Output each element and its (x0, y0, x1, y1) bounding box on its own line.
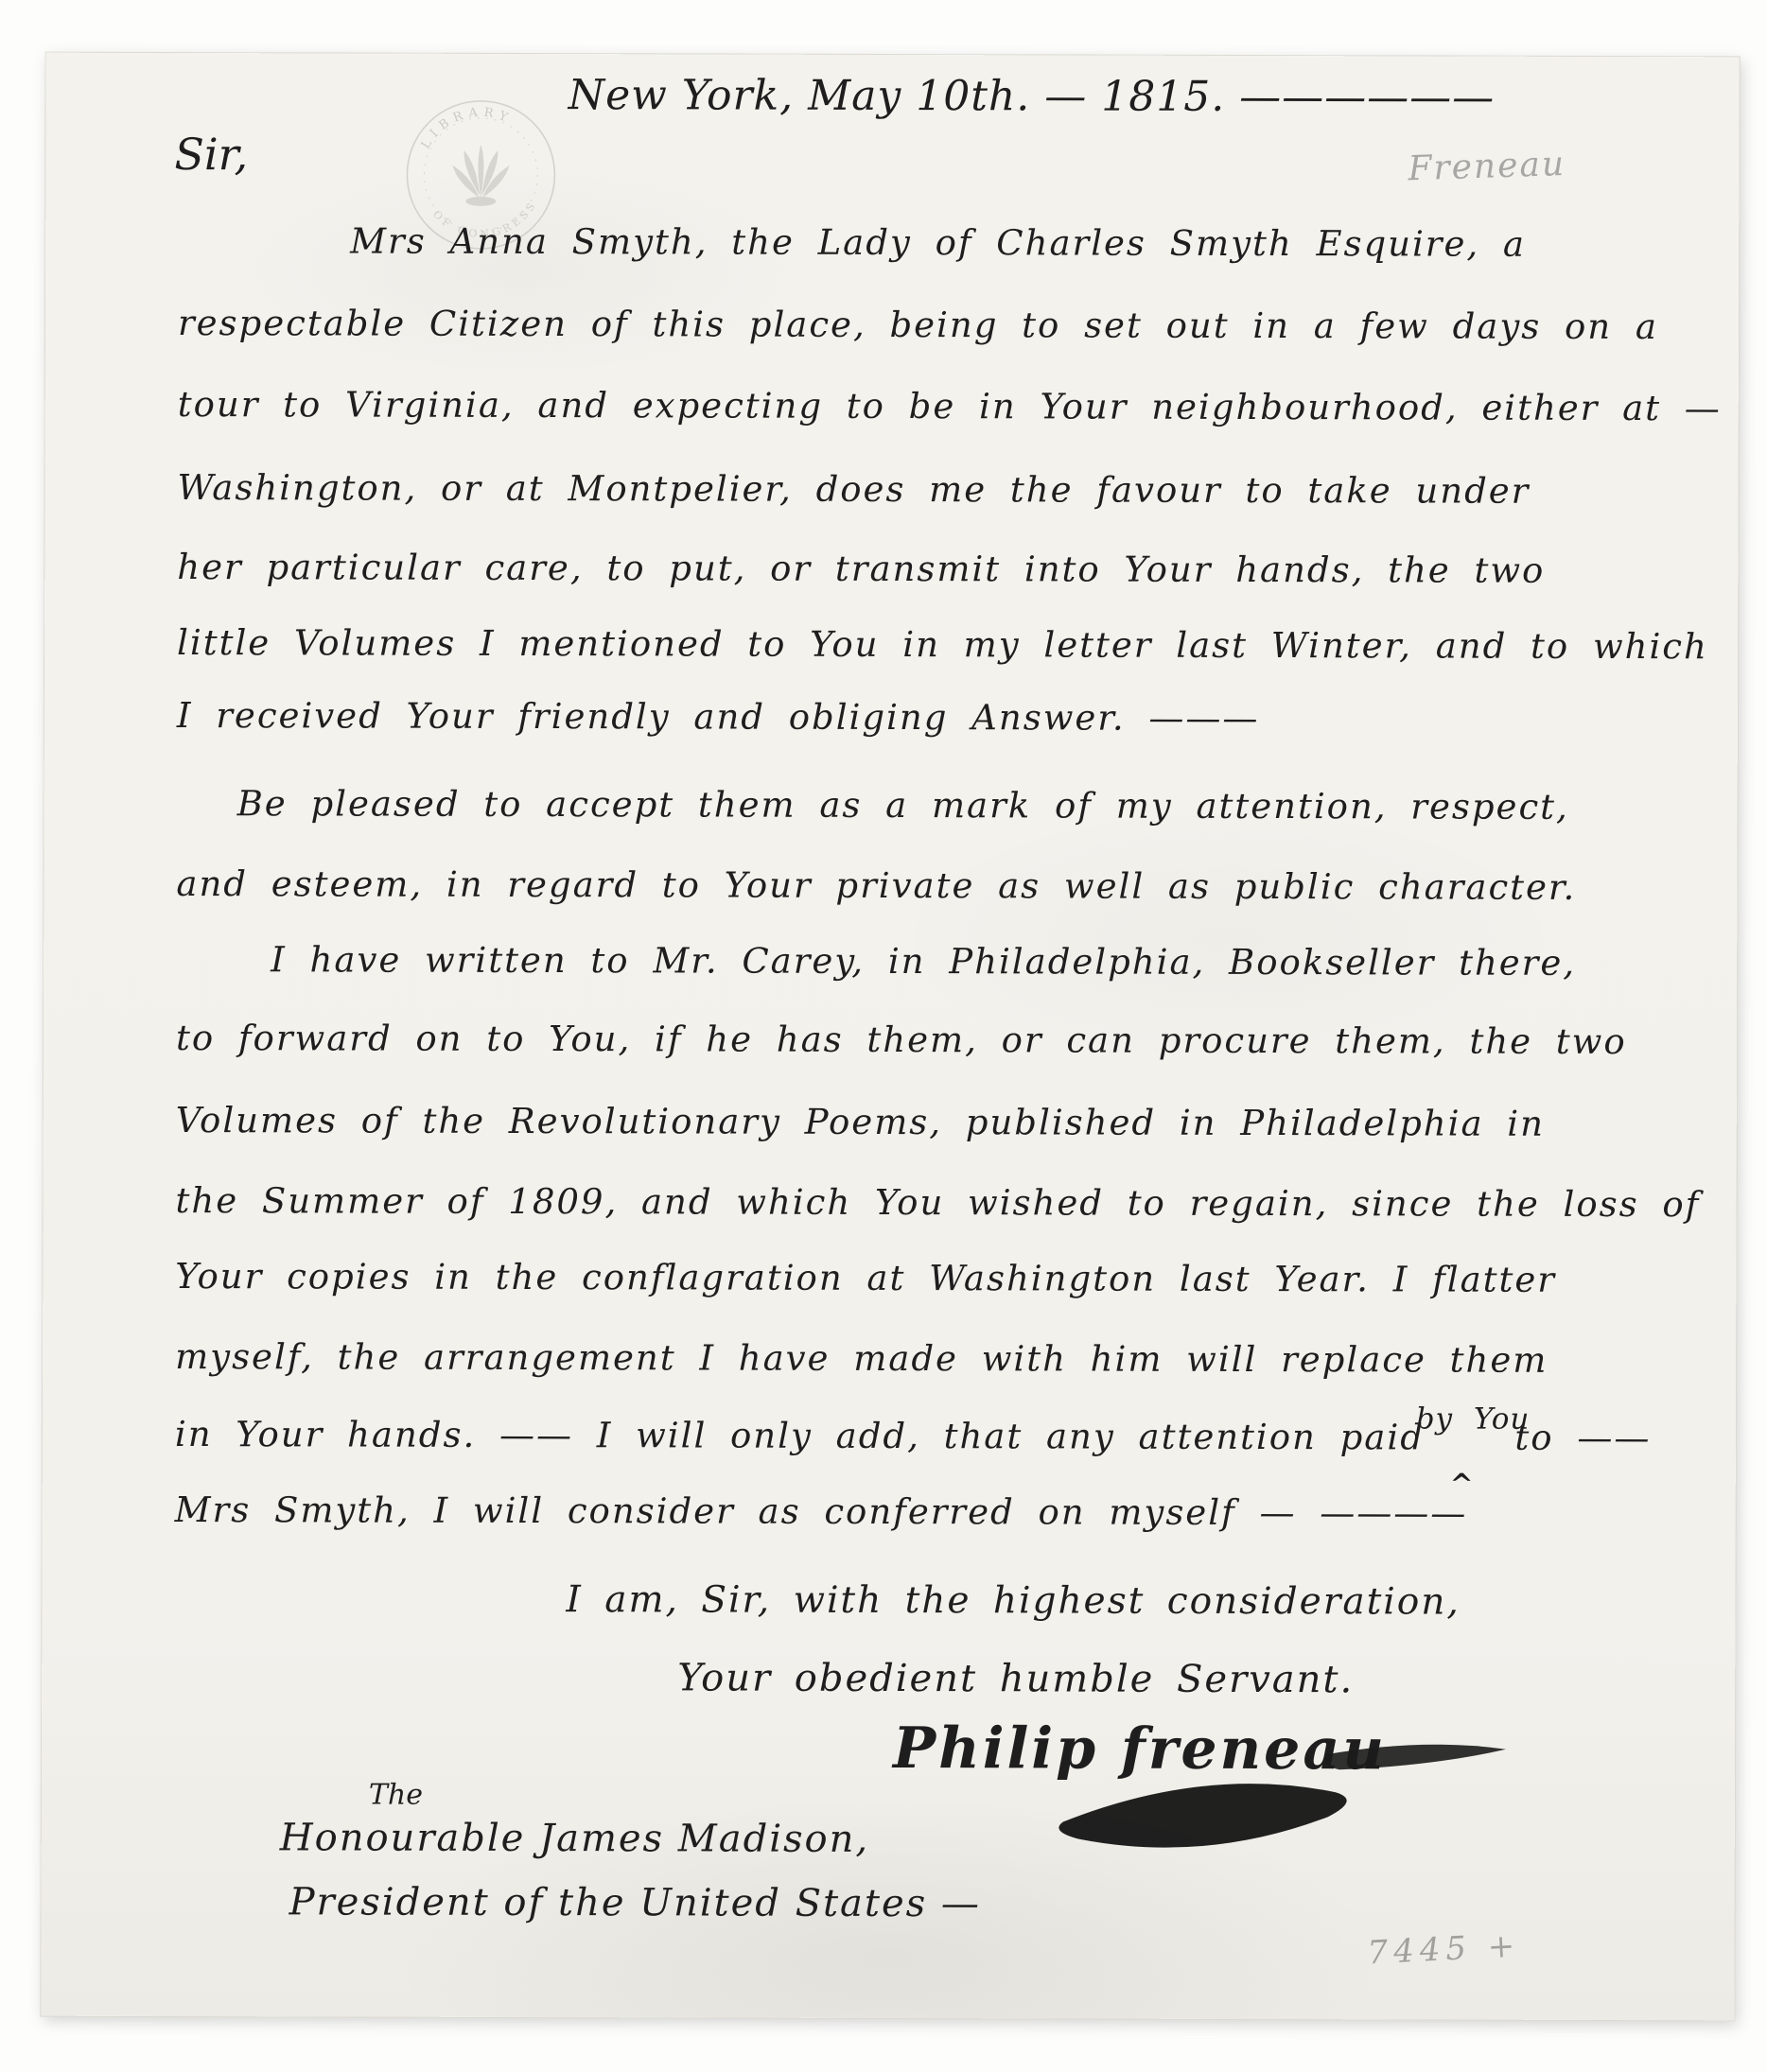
letter-line: I received Your friendly and obliging An… (177, 695, 1260, 739)
letter-line: her particular care, to put, or transmit… (177, 547, 1545, 591)
letter-line: to forward on to You, if he has them, or… (176, 1018, 1627, 1062)
letter-line: I have written to Mr. Carey, in Philadel… (271, 939, 1576, 984)
address-line: The (369, 1779, 423, 1812)
letter-line: Washington, or at Montpelier, does me th… (177, 467, 1530, 512)
letter-line: myself, the arrangement I have made with… (175, 1336, 1548, 1381)
catalog-number-pencil: 7445 + (1367, 1927, 1522, 1973)
pencil-annotation-freneau: Freneau (1408, 145, 1566, 188)
closing-line: I am, Sir, with the highest consideratio… (566, 1578, 1460, 1623)
insertion-line-after: to —— (1514, 1418, 1651, 1458)
letter-line: little Volumes I mentioned to You in my … (177, 622, 1708, 667)
letter-line: the Summer of 1809, and which You wished… (175, 1180, 1700, 1225)
letter-page: LIBRARY OF CONGRESS New York, May 10th. … (41, 53, 1739, 2021)
letter-line: tour to Virginia, and expecting to be in… (178, 384, 1722, 428)
svg-text:LIBRARY: LIBRARY (419, 105, 516, 151)
interlinear-insertion: by You ^ (1448, 1440, 1492, 1450)
address-line: Honourable James Madison, (280, 1816, 869, 1861)
stamp-eagle-icon (452, 145, 509, 206)
salutation: Sir, (174, 129, 248, 180)
letter-line-with-insertion: in Your hands. —— I will only add, that … (175, 1414, 1652, 1458)
letter-line: Mrs Anna Smyth, the Lady of Charles Smyt… (350, 221, 1526, 265)
letter-line: respectable Citizen of this place, being… (178, 303, 1658, 347)
insertion-line-before: in Your hands. —— I will only add, that … (175, 1414, 1425, 1457)
letter-line: and esteem, in regard to Your private as… (176, 863, 1576, 908)
signature: Philip freneau (893, 1715, 1387, 1783)
address-line: President of the United States — (289, 1880, 981, 1925)
stamp-text-top: LIBRARY (419, 105, 516, 151)
letter-line: Be pleased to accept them as a mark of m… (237, 783, 1569, 827)
closing-line: Your obedient humble Servant. (677, 1656, 1354, 1701)
letter-line: Volumes of the Revolutionary Poems, publ… (176, 1100, 1545, 1144)
dateline: New York, May 10th. — 1815. —————— (569, 71, 1496, 122)
letter-line: Mrs Smyth, I will consider as conferred … (175, 1489, 1468, 1534)
insertion-text: by You (1416, 1402, 1531, 1436)
letter-line: Your copies in the conflagration at Wash… (175, 1256, 1556, 1300)
